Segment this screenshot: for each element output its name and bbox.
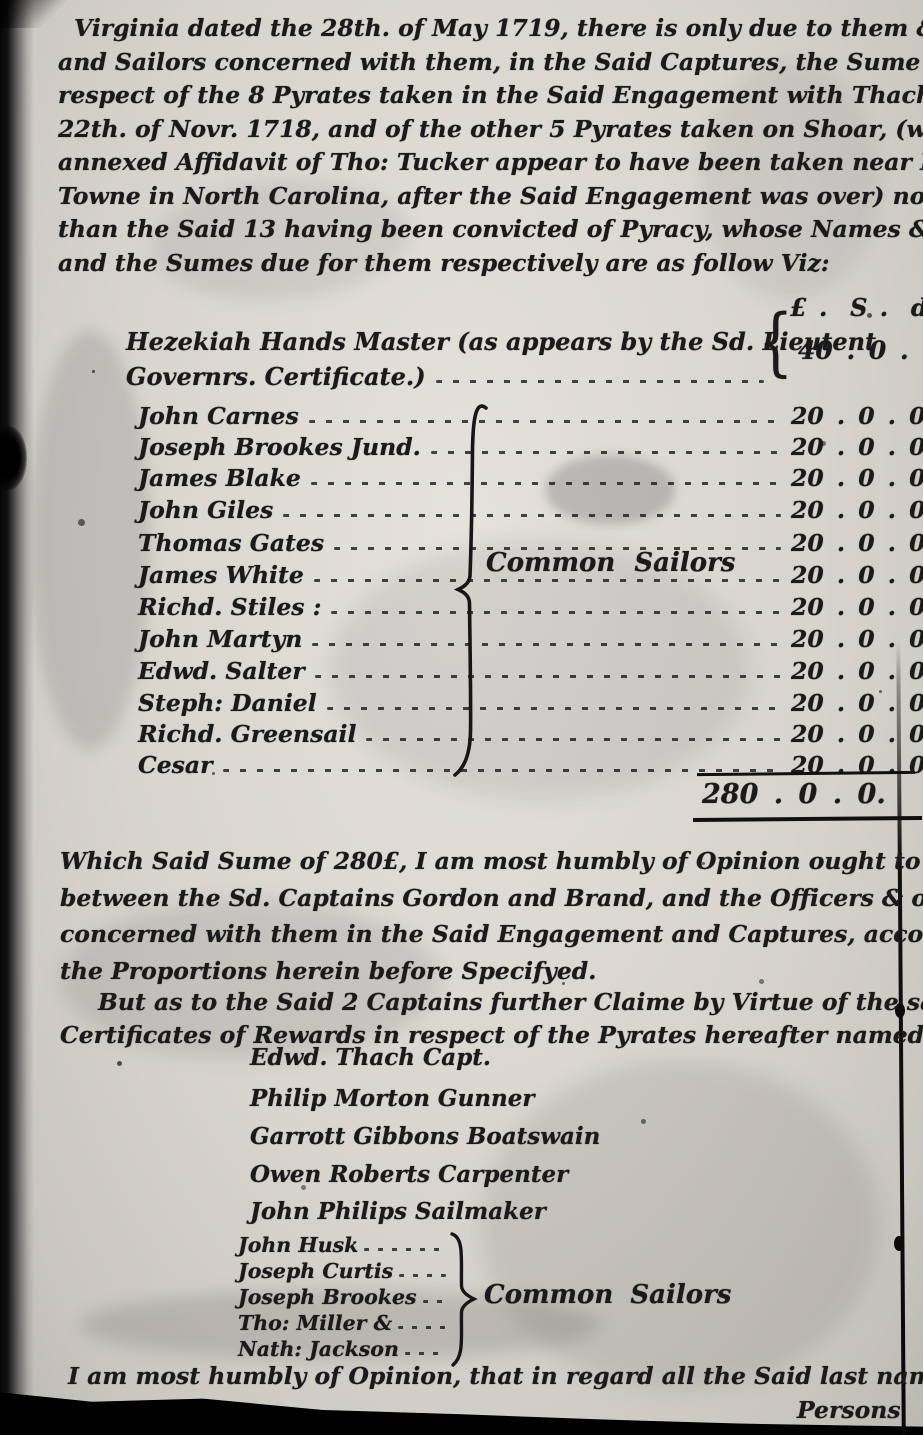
paragraph-line: between the Sd. Captains Gordon and Bran… (60, 880, 920, 917)
common-sailors-label: Common Sailors (486, 548, 735, 578)
catchword: Persons (797, 1396, 901, 1424)
master-brace: { (758, 305, 793, 379)
officer-name: John Philips Sailmaker (250, 1198, 546, 1225)
paragraph-line: Which Said Sume of 280£, I am most humbl… (60, 843, 920, 880)
dotted-leader (312, 643, 781, 646)
intro-line: respect of the 8 Pyrates taken in the Sa… (58, 79, 918, 113)
intro-line: Towne in North Carolina, after the Said … (58, 180, 918, 214)
master-amount: 40 . 0 . 0 (798, 336, 923, 365)
total-rule-bottom (693, 816, 922, 821)
dotted-leader (315, 675, 781, 678)
amount: 20 . 0 . 0 (791, 689, 913, 717)
master-entry-line2: Governrs. Certificate.) (126, 362, 774, 391)
closing-line: I am most humbly of Opinion, that in reg… (68, 1362, 923, 1390)
table-row: Steph: Daniel20 . 0 . 0 (138, 689, 913, 717)
group-brace (452, 400, 492, 778)
dotted-leader (399, 1274, 446, 1277)
table-row: Richd. Stiles :20 . 0 . 0 (138, 593, 913, 621)
dotted-leader (423, 1300, 446, 1303)
dotted-leader (311, 482, 781, 485)
pirate-name: Joseph Curtis (238, 1259, 393, 1283)
paper-stain (480, 1060, 880, 1390)
intro-line: and Sailors concerned with them, in the … (58, 46, 918, 80)
sailor-group-row: Nath: Jackson (238, 1337, 452, 1361)
table-row: John Giles20 . 0 . 0 (138, 496, 913, 524)
intro-line: Virginia dated the 28th. of May 1719, th… (58, 12, 918, 46)
master-entry-text: Governrs. Certificate.) (126, 362, 426, 391)
amount: 20 . 0 . 0 (791, 561, 913, 589)
pirate-name: Richd. Stiles : (138, 593, 321, 621)
opinion-paragraph: Which Said Sume of 280£, I am most humbl… (60, 843, 920, 989)
intro-line: than the Said 13 having been convicted o… (58, 213, 918, 247)
sailor-group-row: Tho: Miller & (238, 1311, 452, 1335)
dotted-leader (331, 611, 781, 614)
dotted-leader (309, 420, 781, 423)
dotted-leader (223, 769, 782, 772)
dotted-leader (364, 1248, 446, 1251)
pirate-name: Joseph Brookes Jund. (138, 433, 421, 461)
pirate-name: John Carnes (138, 402, 299, 430)
intro-line: annexed Affidavit of Tho: Tucker appear … (58, 146, 918, 180)
group-brace (446, 1230, 480, 1368)
pirate-name: Tho: Miller & (238, 1311, 392, 1335)
officer-name: Garrott Gibbons Boatswain (250, 1123, 600, 1150)
table-row: Richd. Greensail20 . 0 . 0 (138, 720, 913, 748)
pirate-name: James Blake (138, 464, 301, 492)
table-row: James Blake20 . 0 . 0 (138, 464, 913, 492)
scan-gutter-shadow (0, 0, 34, 1435)
amount: 20 . 0 . 0 (791, 464, 913, 492)
dotted-leader (366, 738, 781, 741)
amount: 20 . 0 . 0 (791, 496, 913, 524)
manuscript-page: Virginia dated the 28th. of May 1719, th… (0, 0, 923, 1435)
pirate-name: Thomas Gates (138, 529, 324, 557)
binding-cord-knot (894, 1236, 904, 1251)
scan-bottom-edge (0, 1383, 923, 1435)
pirate-name: Joseph Brookes (238, 1285, 417, 1309)
paragraph-line: concerned with them in the Said Engageme… (60, 916, 920, 953)
paragraph-line: the Proportions herein before Specifyed. (60, 953, 920, 990)
intro-paragraph: Virginia dated the 28th. of May 1719, th… (58, 12, 918, 280)
pirate-name: John Martyn (138, 625, 302, 653)
intro-line: and the Sumes due for them respectively … (58, 247, 918, 281)
ink-specks (0, 0, 3, 3)
table-row: Edwd. Salter20 . 0 . 0 (138, 657, 913, 685)
paper-stain (30, 330, 150, 750)
sailor-group-row: John Husk (238, 1233, 452, 1257)
pirate-name: Richd. Greensail (138, 720, 356, 748)
pirate-name: John Husk (238, 1233, 358, 1257)
common-sailors-label: Common Sailors (484, 1280, 731, 1310)
pirate-name: John Giles (138, 496, 273, 524)
pirate-name: Steph: Daniel (138, 689, 317, 717)
sailor-group-row: Joseph Curtis (238, 1259, 452, 1283)
amount: 20 . 0 . 0 (791, 593, 913, 621)
officer-name: Edwd. Thach Capt. (250, 1044, 491, 1071)
claims-paragraph-line1: But as to the Said 2 Captains further Cl… (98, 988, 923, 1016)
claims-paragraph-line2: Certificates of Rewards in respect of th… (60, 1021, 923, 1049)
pirate-name: James White (138, 561, 304, 589)
pirate-name: Nath: Jackson (238, 1337, 399, 1361)
amount: 20 . 0 . 0 (791, 402, 913, 430)
pirate-name: Edwd. Salter (138, 657, 305, 685)
dotted-leader (436, 380, 764, 383)
dotted-leader (327, 707, 781, 710)
dotted-leader (398, 1326, 446, 1329)
amount: 20 . 0 . 0 (791, 720, 913, 748)
amount: 20 . 0 . 0 (791, 657, 913, 685)
dotted-leader (405, 1352, 446, 1355)
table-row: Joseph Brookes Jund.20 . 0 . 0 (138, 433, 913, 461)
currency-column-header: £ . S . d. (790, 293, 923, 322)
amount: 20 . 0 . 0 (791, 529, 913, 557)
sailor-group-row: Joseph Brookes (238, 1285, 452, 1309)
officer-name: Owen Roberts Carpenter (250, 1161, 568, 1188)
table-row: John Carnes20 . 0 . 0 (138, 402, 913, 430)
total-amount: 280 . 0 . 0. (702, 779, 886, 810)
officer-name: Philip Morton Gunner (250, 1085, 535, 1112)
dotted-leader (283, 514, 781, 517)
intro-line: 22th. of Novr. 1718, and of the other 5 … (58, 113, 918, 147)
dotted-leader (314, 579, 781, 582)
amount: 20 . 0 . 0 (791, 625, 913, 653)
table-row: John Martyn20 . 0 . 0 (138, 625, 913, 653)
pirate-name: Cesar (138, 751, 213, 779)
amount: 20 . 0 . 0 (791, 433, 913, 461)
